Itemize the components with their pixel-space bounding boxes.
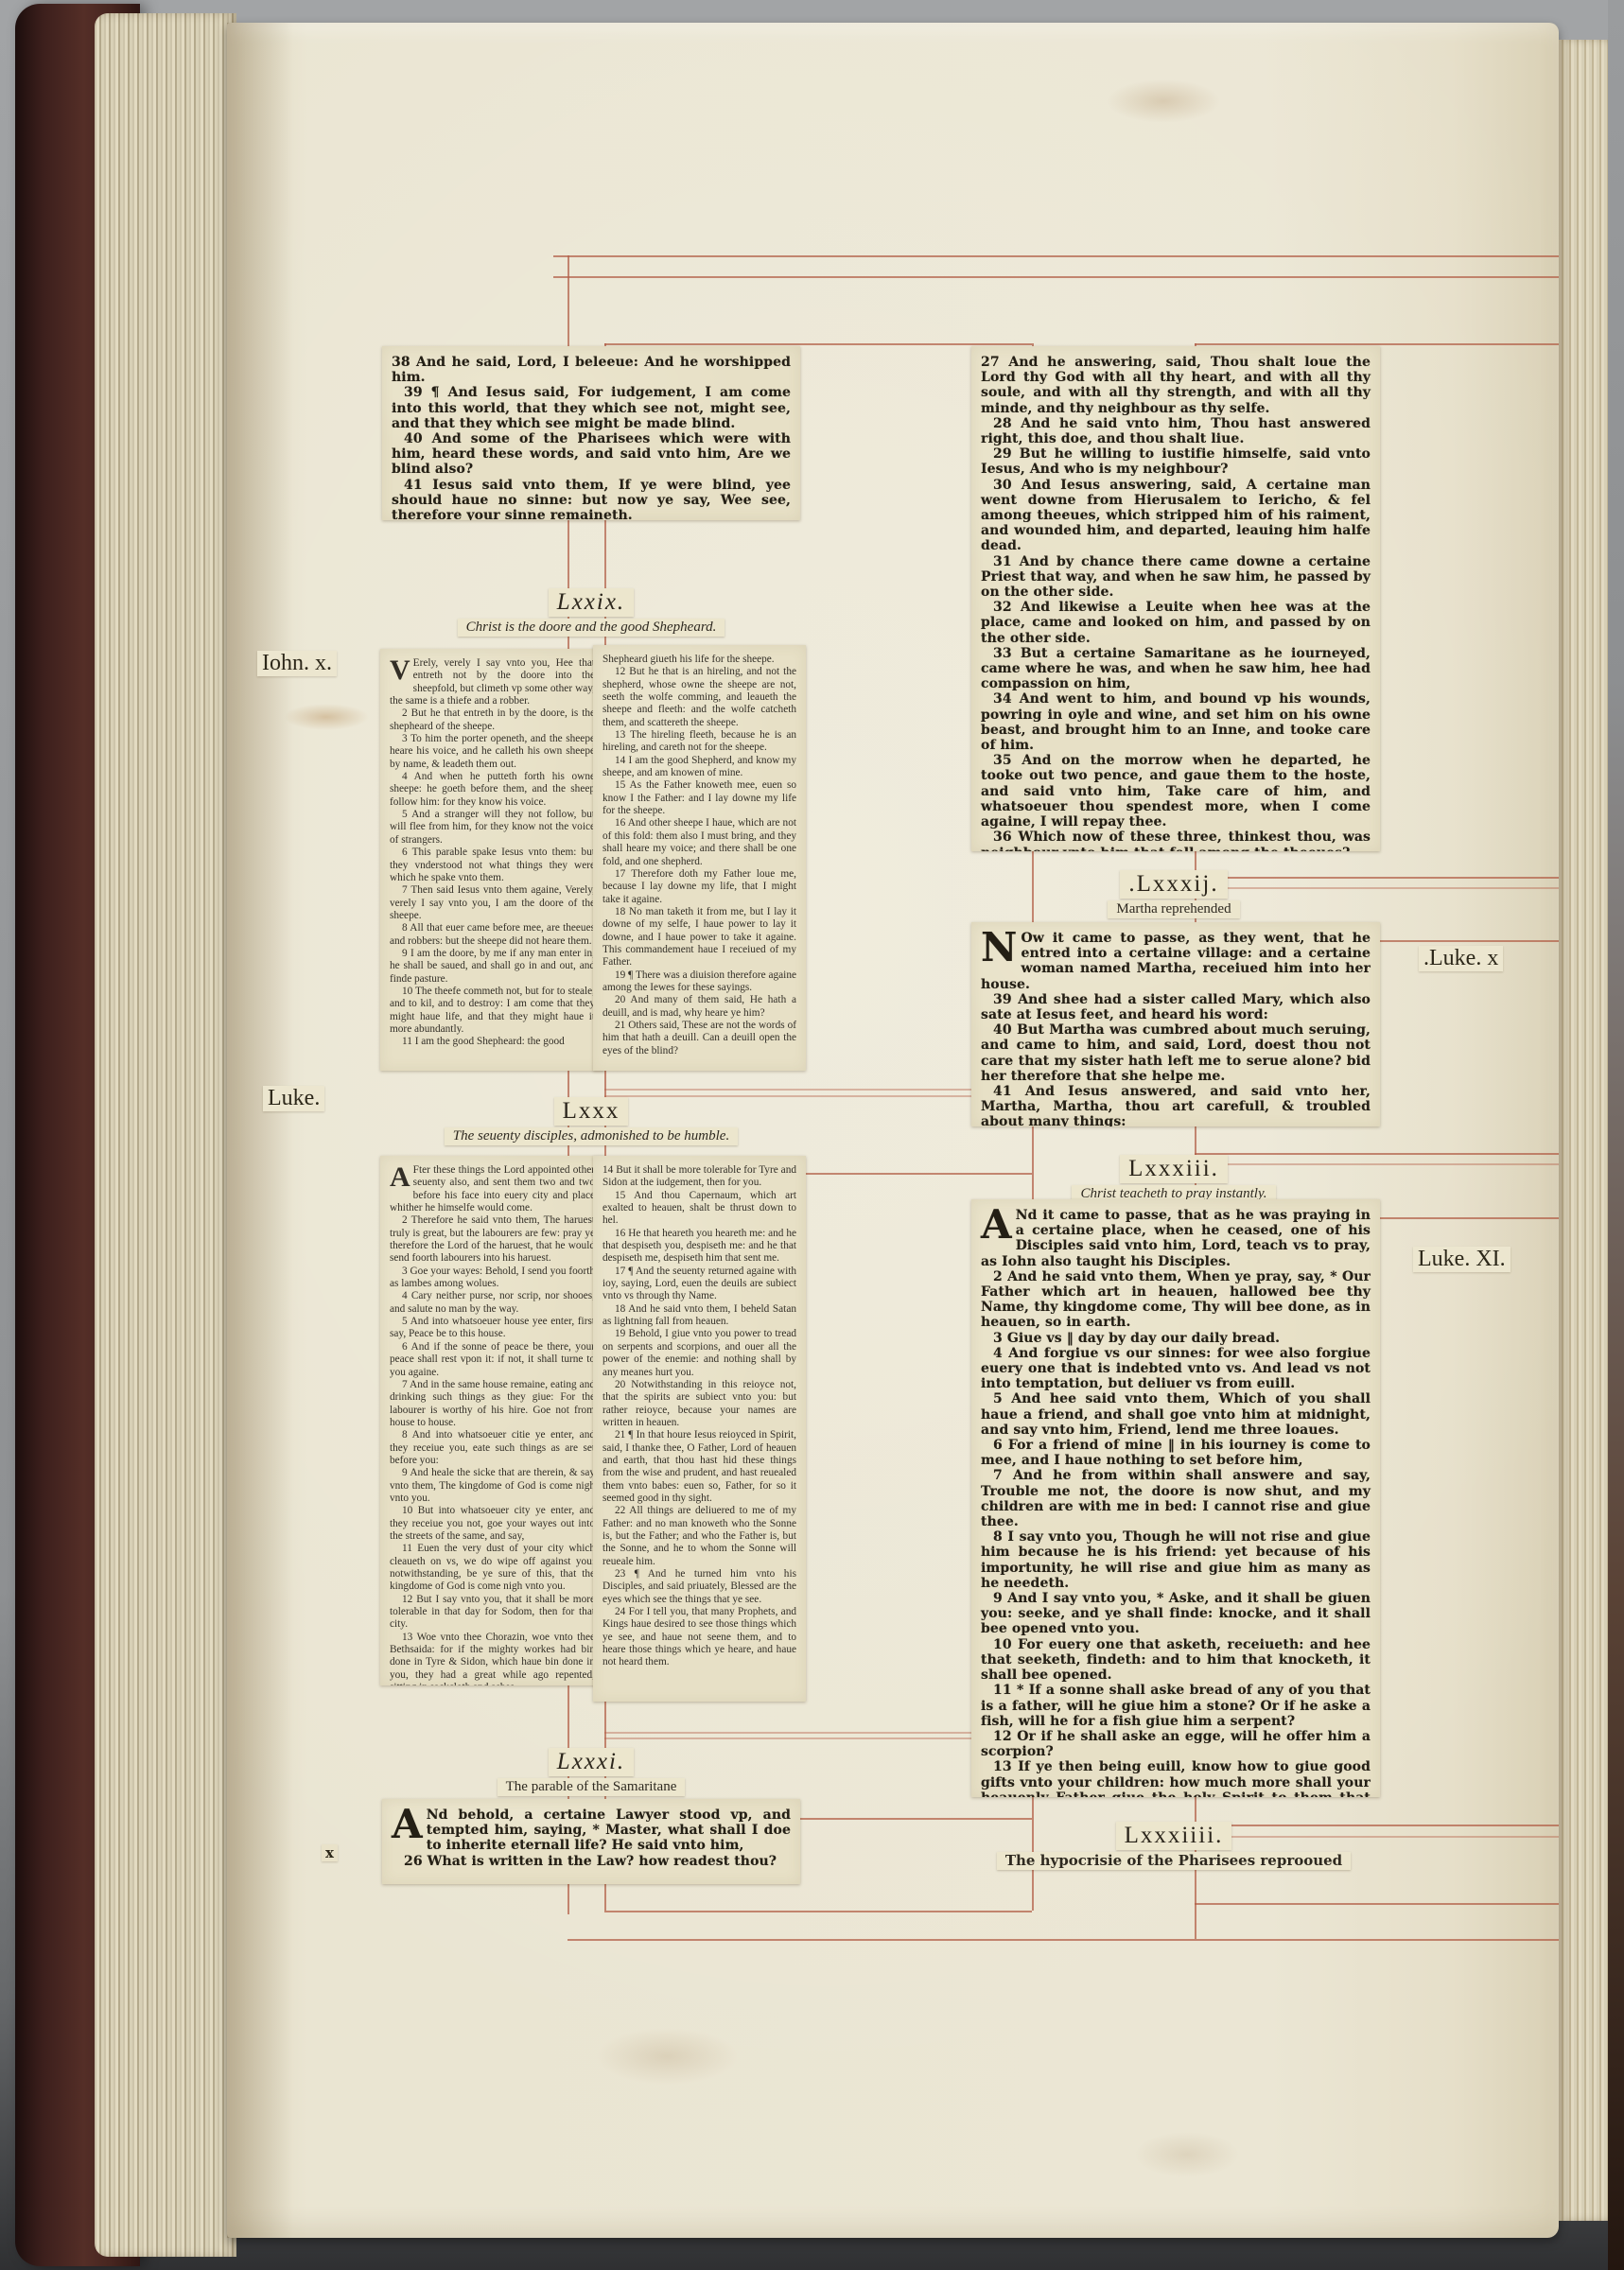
verse: 4 Cary neither purse, nor scrip, nor sho…: [390, 1290, 595, 1316]
verse: 38 And he said, Lord, I beleeue: And he …: [392, 355, 791, 385]
margin-mark-x: x: [322, 1844, 338, 1861]
verse: 39 And shee had a sister called Mary, wh…: [981, 992, 1371, 1022]
verse: 6 This parable spake Iesus vnto them: bu…: [390, 847, 595, 884]
section-header-84: Lxxxiiii. The hypocrisie of the Pharisee…: [968, 1822, 1380, 1870]
pasted-slip-79-col2: Shepheard giueth his life for the sheepe…: [593, 645, 806, 1071]
verse: 10 But into whatsoeuer city ye enter, an…: [390, 1505, 595, 1543]
verse: 34 And went to him, and bound vp his wou…: [981, 691, 1371, 753]
verse: 3 To him the porter openeth, and the she…: [390, 733, 595, 771]
section-title: Christ is the doore and the good Shephea…: [458, 619, 725, 637]
red-ruled-line: [604, 343, 1032, 345]
verse: 23 ¶ And he turned him vnto his Disciple…: [602, 1568, 796, 1606]
red-ruled-line: [1195, 343, 1607, 345]
verse: AFter these things the Lord appointed ot…: [390, 1164, 595, 1214]
verse: 12 But he that is an hireling, and not t…: [602, 666, 796, 729]
red-ruled-line: [604, 1737, 1032, 1739]
red-ruled-line: [568, 1939, 1610, 1941]
section-title: The seuenty disciples, admonished to be …: [445, 1127, 738, 1145]
verse: 13 The hireling fleeth, because he is an…: [602, 729, 796, 755]
verse: 13 Woe vnto thee Chorazin, woe vnto thee…: [390, 1632, 595, 1685]
margin-label-luke: Luke.: [263, 1086, 324, 1111]
verse: 41 Iesus said vnto them, If ye were blin…: [392, 478, 791, 520]
verse: 12 But I say vnto you, that it shall be …: [390, 1594, 595, 1632]
pasted-slip-john9-end: 38 And he said, Lord, I beleeue: And he …: [382, 346, 800, 520]
verse: 12 Or if he shall aske an egge, will he …: [981, 1729, 1371, 1759]
pasted-slip-80-col1: AFter these things the Lord appointed ot…: [380, 1156, 604, 1685]
verse: 10 The theefe commeth not, but for to st…: [390, 986, 595, 1036]
verse: 16 And other sheepe I haue, which are no…: [602, 817, 796, 867]
section-number: Lxxx: [554, 1097, 629, 1126]
margin-label-luke-xi: Luke. XI.: [1413, 1247, 1510, 1272]
verse: 22 All things are deliuered to me of my …: [602, 1505, 796, 1568]
verse: 8 And into whatsoeuer citie ye enter, an…: [390, 1429, 595, 1467]
verse: 35 And on the morrow when he departed, h…: [981, 753, 1371, 829]
section-title: The hypocrisie of the Pharisees reprooue…: [997, 1852, 1351, 1870]
verse: 36 Which now of these three, thinkest th…: [981, 829, 1371, 851]
section-header-83: Lxxxiii. Christ teacheth to pray instant…: [968, 1155, 1380, 1203]
verse: 26 What is written in the Law? how reade…: [392, 1854, 791, 1869]
photographed-book-page: Iohn. x. Luke. .Luke. x Luke. XI. x 38 A…: [0, 0, 1624, 2270]
verse: 18 No man taketh it from me, but I lay i…: [602, 906, 796, 969]
verse: 19 ¶ There was a diuision therefore agai…: [602, 969, 796, 995]
pasted-slip-83: ANd it came to passe, that as he was pra…: [971, 1199, 1380, 1797]
pasted-slip-80-col2: 14 But it shall be more tolerable for Ty…: [593, 1156, 806, 1702]
verse: 20 Notwithstanding in this reioyce not, …: [602, 1379, 796, 1429]
verse: 9 And heale the sicke that are therein, …: [390, 1467, 595, 1505]
verse: 32 And likewise a Leuite when hee was at…: [981, 600, 1371, 646]
section-title: The parable of the Samaritane: [498, 1778, 686, 1796]
section-header-81: Lxxxi. The parable of the Samaritane: [377, 1748, 805, 1796]
verse: 14 But it shall be more tolerable for Ty…: [602, 1164, 796, 1190]
verse: 21 ¶ In that houre Iesus reioyced in Spi…: [602, 1429, 796, 1505]
verse: 11 * If a sonne shall aske bread of any …: [981, 1683, 1371, 1729]
verse: 29 But he willing to iustifie himselfe, …: [981, 446, 1371, 477]
pasted-slip-79-col1: VErely, verely I say vnto you, Hee that …: [380, 649, 604, 1071]
book-page: Iohn. x. Luke. .Luke. x Luke. XI. x 38 A…: [227, 23, 1559, 2238]
verse: 24 For I tell you, that many Prophets, a…: [602, 1606, 796, 1669]
section-number: Lxxxiii.: [1120, 1155, 1228, 1183]
verse: 5 And into whatsoeuer house yee enter, f…: [390, 1316, 595, 1341]
verse: 31 And by chance there came downe a cert…: [981, 554, 1371, 601]
verse: 4 And forgiue vs our sinnes: for wee als…: [981, 1346, 1371, 1392]
verse: 7 Then said Iesus vnto them againe, Vere…: [390, 884, 595, 922]
verse: ANd behold, a certaine Lawyer stood vp, …: [392, 1807, 791, 1854]
margin-label-luke-x: .Luke. x: [1419, 946, 1503, 971]
verse: 30 And Iesus answering, said, A certaine…: [981, 478, 1371, 554]
verse: 15 As the Father knoweth mee, euen so kn…: [602, 779, 796, 817]
verse: 6 And if the sonne of peace be there, yo…: [390, 1341, 595, 1379]
verse: Shepheard giueth his life for the sheepe…: [602, 654, 796, 666]
stain: [284, 704, 369, 730]
verse: 14 I am the good Shepherd, and know my s…: [602, 755, 796, 780]
section-number: Lxxxiiii.: [1116, 1822, 1232, 1850]
verse: 8 All that euer came before mee, are the…: [390, 922, 595, 948]
verse: 40 But Martha was cumbred about much ser…: [981, 1022, 1371, 1084]
stain: [596, 2028, 738, 2085]
verse: 15 And thou Capernaum, which art exalted…: [602, 1190, 796, 1228]
verse: VErely, verely I say vnto you, Hee that …: [390, 657, 595, 707]
verse: 6 For a friend of mine ‖ in his iourney …: [981, 1438, 1371, 1468]
margin-label-john-x: Iohn. x.: [257, 651, 337, 676]
verse: 28 And he said vnto him, Thou hast answe…: [981, 416, 1371, 446]
verse: 16 He that heareth you heareth me: and h…: [602, 1228, 796, 1266]
verse: 20 And many of them said, He hath a deui…: [602, 994, 796, 1020]
verse: 9 And I say vnto you, * Aske, and it sha…: [981, 1591, 1371, 1637]
verse: 19 Behold, I giue vnto you power to trea…: [602, 1328, 796, 1378]
pasted-slip-luke10-27-37: 27 And he answering, said, Thou shalt lo…: [971, 346, 1380, 851]
verse: 3 Goe your wayes: Behold, I send you foo…: [390, 1266, 595, 1291]
section-number: Lxxix.: [549, 588, 634, 617]
verse: 11 I am the good Shepheard: the good: [390, 1036, 595, 1048]
pasted-slip-81: ANd behold, a certaine Lawyer stood vp, …: [382, 1799, 800, 1884]
stain: [1107, 79, 1220, 123]
verse: 10 For euery one that asketh, receiueth:…: [981, 1637, 1371, 1684]
red-ruled-line: [604, 1911, 1032, 1912]
section-title: Martha reprehended: [1108, 900, 1239, 918]
verse: 9 I am the doore, by me if any man enter…: [390, 948, 595, 986]
verse: 5 And hee said vnto them, Which of you s…: [981, 1391, 1371, 1438]
verse: 8 I say vnto you, Though he will not ris…: [981, 1529, 1371, 1591]
verse: 33 But a certaine Samaritane as he iourn…: [981, 646, 1371, 692]
verse: 2 Therefore he said vnto them, The harue…: [390, 1214, 595, 1265]
section-header-80: Lxxx The seuenty disciples, admonished t…: [377, 1097, 805, 1145]
verse: 17 ¶ And the seuenty returned againe wit…: [602, 1266, 796, 1303]
verse: 7 And in the same house remaine, eating …: [390, 1379, 595, 1429]
stain: [1135, 2132, 1239, 2177]
section-header-82: .Lxxxij. Martha reprehended: [968, 870, 1380, 918]
verse: NOw it came to passe, as they went, that…: [981, 931, 1371, 992]
section-number: .Lxxxij.: [1120, 870, 1227, 899]
verse: 2 And he said vnto them, When ye pray, s…: [981, 1269, 1371, 1331]
red-ruled-line: [1195, 1903, 1607, 1905]
section-header-79: Lxxix. Christ is the doore and the good …: [377, 588, 805, 637]
verse: 39 ¶ And Iesus said, For iudgement, I am…: [392, 385, 791, 431]
verse: 13 If ye then being euill, know how to g…: [981, 1759, 1371, 1797]
right-fore-edge-pages: [1559, 40, 1610, 2221]
red-ruled-line: [604, 1732, 1032, 1734]
pasted-slip-82: NOw it came to passe, as they went, that…: [971, 922, 1380, 1126]
verse: 5 And a stranger will they not follow, b…: [390, 809, 595, 847]
verse: 2 But he that entreth in by the doore, i…: [390, 707, 595, 733]
verse: 11 Euen the very dust of your city which…: [390, 1543, 595, 1593]
verse: 27 And he answering, said, Thou shalt lo…: [981, 355, 1371, 416]
red-ruled-line: [553, 276, 1610, 278]
left-page-stack-edge: [95, 13, 236, 2257]
verse: 7 And he from within shall answere and s…: [981, 1468, 1371, 1529]
verse: ANd it came to passe, that as he was pra…: [981, 1208, 1371, 1269]
verse: 3 Giue vs ‖ day by day our daily bread.: [981, 1331, 1371, 1346]
verse: 4 And when he putteth forth his owne she…: [390, 771, 595, 809]
red-ruled-line: [604, 1089, 1032, 1091]
gutter-shadow: [227, 23, 293, 2238]
verse: 21 Others said, These are not the words …: [602, 1020, 796, 1057]
verse: 40 And some of the Pharisees which were …: [392, 431, 791, 478]
verse: 18 And he said vnto them, I beheld Satan…: [602, 1303, 796, 1329]
verse: 17 Therefore doth my Father loue me, bec…: [602, 868, 796, 906]
back-cover-edge: [1608, 0, 1624, 2270]
verse: 41 And Iesus answered, and said vnto her…: [981, 1084, 1371, 1126]
section-number: Lxxxi.: [549, 1748, 634, 1776]
red-ruled-line: [553, 255, 1624, 257]
